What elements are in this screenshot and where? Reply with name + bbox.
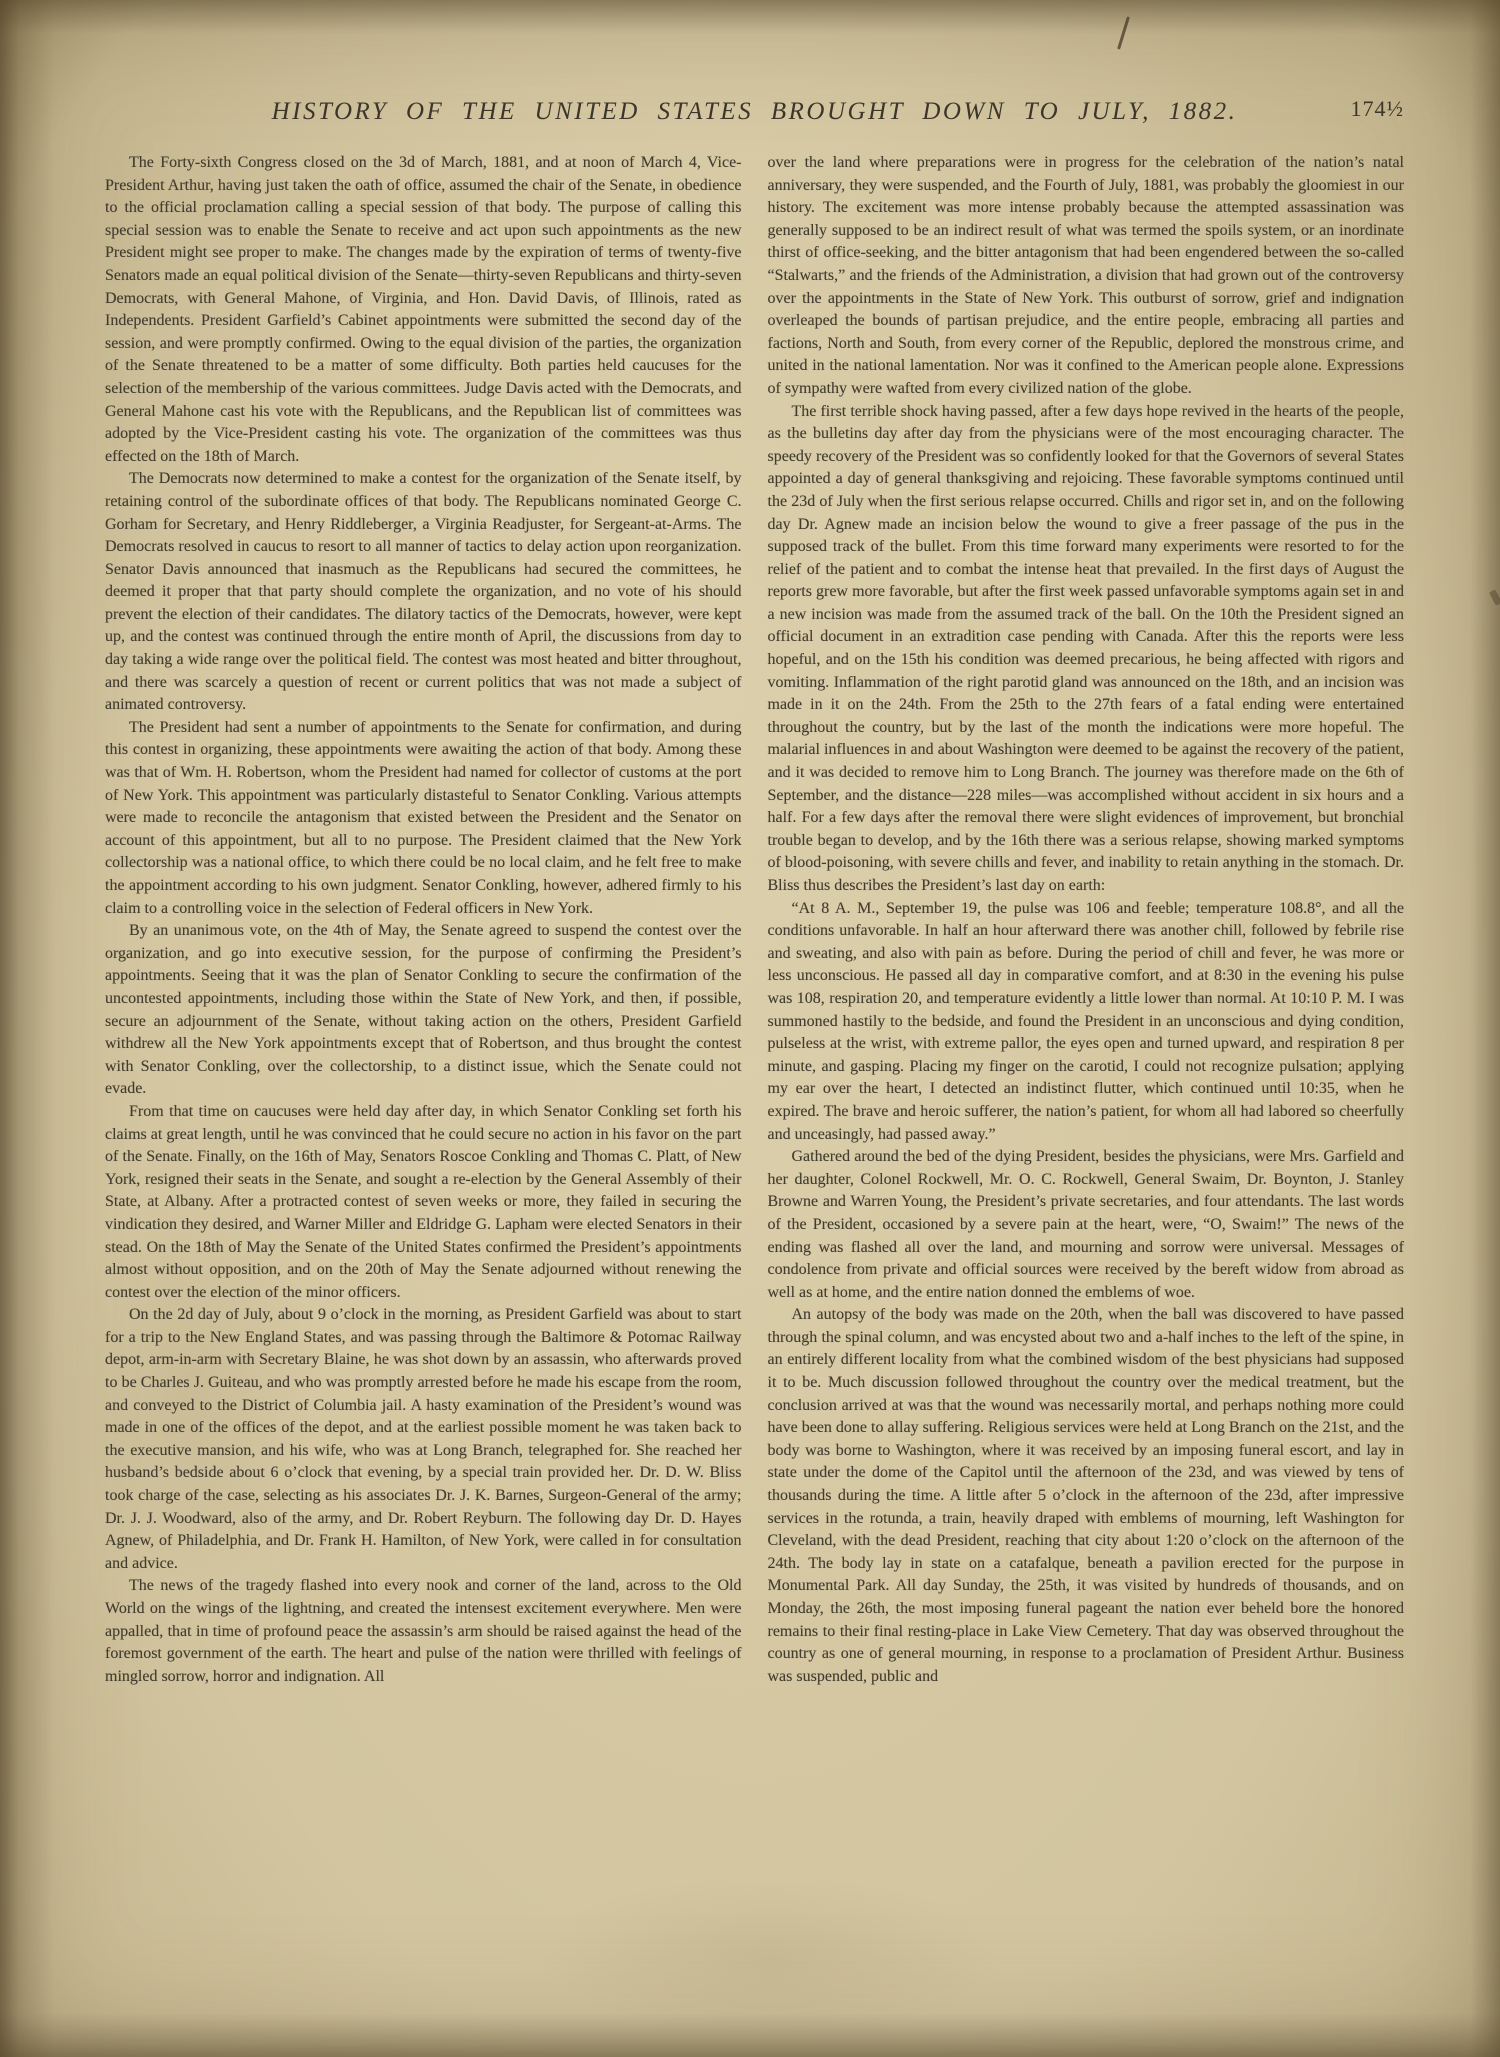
paragraph: The Forty-sixth Congress closed on the 3… [105, 152, 742, 468]
paragraph: over the land where preparations were in… [768, 152, 1405, 401]
paragraph: The first terrible shock having passed, … [768, 401, 1405, 898]
edge-shadow [0, 2013, 1500, 2057]
paragraph: Gathered around the bed of the dying Pre… [768, 1146, 1405, 1304]
paragraph: By an unanimous vote, on the 4th of May,… [105, 920, 742, 1101]
page-title: HISTORY OF THE UNITED STATES BROUGHT DOW… [105, 98, 1404, 126]
paragraph: An autopsy of the body was made on the 2… [768, 1304, 1405, 1688]
right-column: over the land where preparations were in… [768, 152, 1405, 1997]
paragraph: “At 8 A. M., September 19, the pulse was… [768, 898, 1405, 1147]
left-column: The Forty-sixth Congress closed on the 3… [105, 152, 742, 1997]
running-header: HISTORY OF THE UNITED STATES BROUGHT DOW… [105, 98, 1404, 140]
paragraph: On the 2d day of July, about 9 o’clock i… [105, 1304, 742, 1575]
paragraph: The news of the tragedy flashed into eve… [105, 1575, 742, 1688]
edge-shadow [0, 0, 1500, 34]
speck-mark [1107, 594, 1112, 598]
paragraph: From that time on caucuses were held day… [105, 1101, 742, 1304]
page-number: 174½ [1351, 96, 1405, 122]
scanned-book-page: HISTORY OF THE UNITED STATES BROUGHT DOW… [0, 0, 1500, 2057]
binding-shadow [0, 0, 54, 2057]
edge-shadow [1470, 0, 1500, 2057]
paragraph: The President had sent a number of appoi… [105, 717, 742, 920]
pen-mark [1117, 16, 1130, 49]
paragraph: The Democrats now determined to make a c… [105, 468, 742, 717]
text-body: The Forty-sixth Congress closed on the 3… [105, 152, 1404, 1997]
edge-mark [1489, 589, 1500, 606]
